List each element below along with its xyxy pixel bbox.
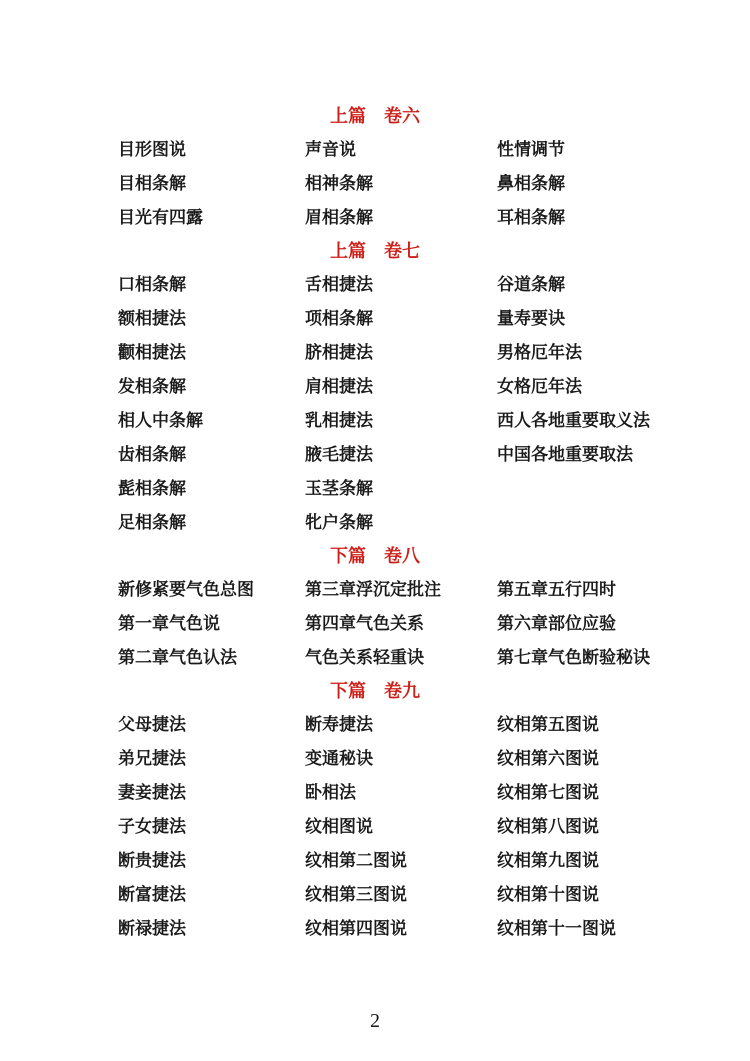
- toc-row: 齿相条解腋毛捷法中国各地重要取法: [0, 438, 750, 472]
- toc-entry: 父母捷法: [118, 708, 305, 742]
- toc-entry: 纹相第十一图说: [497, 912, 750, 946]
- toc-entry: 纹相第四图说: [305, 912, 497, 946]
- toc-row: 妻妾捷法卧相法纹相第七图说: [0, 776, 750, 810]
- toc-entry: 纹相图说: [305, 810, 497, 844]
- toc-entry: 鼻相条解: [497, 167, 750, 201]
- toc-entry: 第五章五行四时: [497, 573, 750, 607]
- toc-entry: 额相捷法: [118, 302, 305, 336]
- toc-row: 目光有四露眉相条解耳相条解: [0, 201, 750, 235]
- toc-entry: 舌相捷法: [305, 268, 497, 302]
- toc-entry: 纹相第八图说: [497, 810, 750, 844]
- section-heading: 下篇 卷八: [0, 540, 750, 573]
- toc-entry: 相神条解: [305, 167, 497, 201]
- toc-entry: 第四章气色关系: [305, 607, 497, 641]
- toc-entry: 髭相条解: [118, 472, 305, 506]
- toc-entry: 新修紧要气色总图: [118, 573, 305, 607]
- toc-entry: 断富捷法: [118, 878, 305, 912]
- toc-row: 弟兄捷法变通秘诀纹相第六图说: [0, 742, 750, 776]
- toc-entry: 第三章浮沉定批注: [305, 573, 497, 607]
- toc-entry: 颧相捷法: [118, 336, 305, 370]
- toc-entry: 断贵捷法: [118, 844, 305, 878]
- toc-entry: 相人中条解: [118, 404, 305, 438]
- toc-row: 断富捷法纹相第三图说纹相第十图说: [0, 878, 750, 912]
- toc-entry: 第七章气色断验秘诀: [497, 641, 750, 675]
- toc-row: 目相条解相神条解鼻相条解: [0, 167, 750, 201]
- toc-entry: 性情调节: [497, 133, 750, 167]
- toc-row: 目形图说声音说性情调节: [0, 133, 750, 167]
- toc-entry: 口相条解: [118, 268, 305, 302]
- toc-row: 发相条解肩相捷法女格厄年法: [0, 370, 750, 404]
- toc-row: 相人中条解乳相捷法西人各地重要取义法: [0, 404, 750, 438]
- toc-entry: 断禄捷法: [118, 912, 305, 946]
- toc-entry: 第六章部位应验: [497, 607, 750, 641]
- toc-entry: 足相条解: [118, 506, 305, 540]
- toc-entry: 肩相捷法: [305, 370, 497, 404]
- toc-row: 口相条解舌相捷法谷道条解: [0, 268, 750, 302]
- toc-entry: 第二章气色认法: [118, 641, 305, 675]
- toc-entry: 女格厄年法: [497, 370, 750, 404]
- toc-entry: 纹相第二图说: [305, 844, 497, 878]
- toc-entry: 目光有四露: [118, 201, 305, 235]
- toc-entry: [497, 506, 750, 540]
- toc-row: 第二章气色认法气色关系轻重诀第七章气色断验秘诀: [0, 641, 750, 675]
- toc-entry: 项相条解: [305, 302, 497, 336]
- toc-entry: 脐相捷法: [305, 336, 497, 370]
- toc-entry: 玉茎条解: [305, 472, 497, 506]
- toc-entry: 谷道条解: [497, 268, 750, 302]
- toc-entry: 牝户条解: [305, 506, 497, 540]
- section-heading: 上篇 卷七: [0, 235, 750, 268]
- toc-entry: 腋毛捷法: [305, 438, 497, 472]
- toc-entry: 乳相捷法: [305, 404, 497, 438]
- toc-entry: [497, 472, 750, 506]
- toc-entry: 纹相第六图说: [497, 742, 750, 776]
- toc-row: 新修紧要气色总图第三章浮沉定批注第五章五行四时: [0, 573, 750, 607]
- toc-entry: 纹相第三图说: [305, 878, 497, 912]
- toc-entry: 断寿捷法: [305, 708, 497, 742]
- toc-entry: 纹相第五图说: [497, 708, 750, 742]
- toc-entry: 中国各地重要取法: [497, 438, 750, 472]
- toc-entry: 气色关系轻重诀: [305, 641, 497, 675]
- toc-row: 髭相条解玉茎条解: [0, 472, 750, 506]
- toc-entry: 纹相第九图说: [497, 844, 750, 878]
- toc-entry: 纹相第十图说: [497, 878, 750, 912]
- toc-entry: 弟兄捷法: [118, 742, 305, 776]
- toc-entry: 量寿要诀: [497, 302, 750, 336]
- toc-entry: 纹相第七图说: [497, 776, 750, 810]
- toc-row: 断禄捷法纹相第四图说纹相第十一图说: [0, 912, 750, 946]
- toc-entry: 眉相条解: [305, 201, 497, 235]
- toc-row: 断贵捷法纹相第二图说纹相第九图说: [0, 844, 750, 878]
- toc-entry: 变通秘诀: [305, 742, 497, 776]
- toc-entry: 目形图说: [118, 133, 305, 167]
- toc-entry: 第一章气色说: [118, 607, 305, 641]
- toc-entry: 妻妾捷法: [118, 776, 305, 810]
- toc-entry: 目相条解: [118, 167, 305, 201]
- toc-entry: 卧相法: [305, 776, 497, 810]
- toc-row: 子女捷法纹相图说纹相第八图说: [0, 810, 750, 844]
- toc-entry: 发相条解: [118, 370, 305, 404]
- toc-row: 父母捷法断寿捷法纹相第五图说: [0, 708, 750, 742]
- toc-entry: 男格厄年法: [497, 336, 750, 370]
- toc-row: 颧相捷法脐相捷法男格厄年法: [0, 336, 750, 370]
- toc-entry: 西人各地重要取义法: [497, 404, 750, 438]
- toc-row: 第一章气色说第四章气色关系第六章部位应验: [0, 607, 750, 641]
- toc-row: 足相条解牝户条解: [0, 506, 750, 540]
- document-page: 上篇 卷六目形图说声音说性情调节目相条解相神条解鼻相条解目光有四露眉相条解耳相条…: [0, 0, 750, 1061]
- toc-entry: 齿相条解: [118, 438, 305, 472]
- toc-entry: 耳相条解: [497, 201, 750, 235]
- toc-entry: 声音说: [305, 133, 497, 167]
- toc-row: 额相捷法项相条解量寿要诀: [0, 302, 750, 336]
- section-heading: 上篇 卷六: [0, 100, 750, 133]
- section-heading: 下篇 卷九: [0, 675, 750, 708]
- toc-entry: 子女捷法: [118, 810, 305, 844]
- toc: 上篇 卷六目形图说声音说性情调节目相条解相神条解鼻相条解目光有四露眉相条解耳相条…: [0, 0, 750, 946]
- page-number: 2: [0, 1010, 750, 1033]
